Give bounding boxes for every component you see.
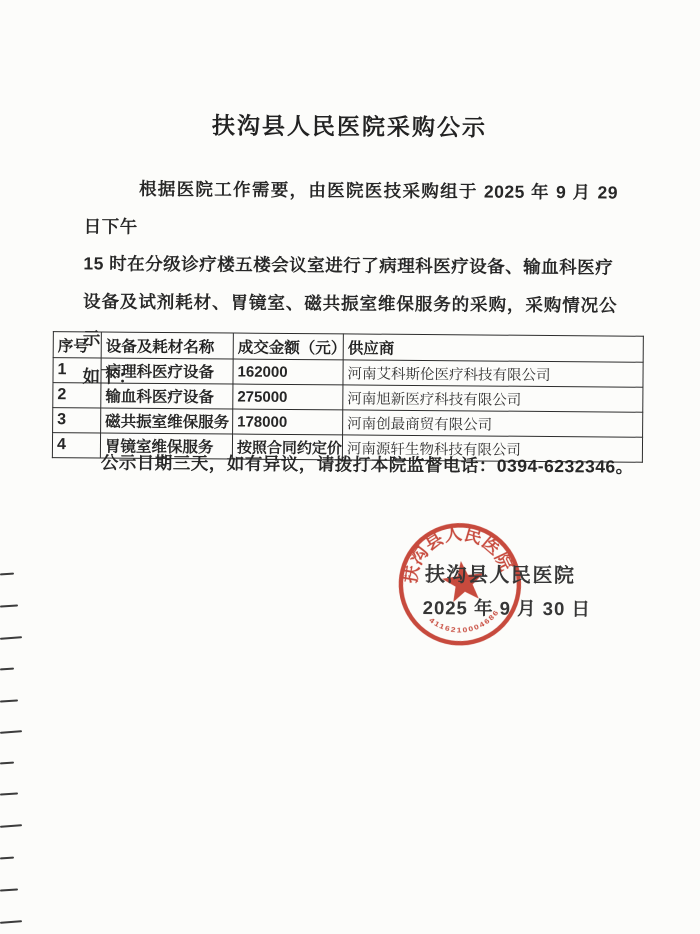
header-item-name: 设备及耗材名称 xyxy=(101,332,233,359)
page-title: 扶沟县人民医院采购公示 xyxy=(0,106,700,144)
cell-serial: 4 xyxy=(52,433,100,458)
cell-item: 病理科医疗设备 xyxy=(101,358,233,384)
cell-supplier: 河南旭新医疗科技有限公司 xyxy=(343,385,643,412)
cell-item: 磁共振室维保服务 xyxy=(101,408,233,434)
document-content: 扶沟县人民医院采购公示 根据医院工作需要，由医院医技采购组于 2025 年 9 … xyxy=(0,0,700,934)
cell-supplier: 河南创最商贸有限公司 xyxy=(343,410,643,437)
procurement-table: 序号 设备及耗材名称 成交金额（元） 供应商 1 病理科医疗设备 162000 … xyxy=(52,331,644,463)
cell-supplier: 河南艾科斯伦医疗科技有限公司 xyxy=(343,360,643,387)
header-supplier: 供应商 xyxy=(343,334,643,362)
cell-amount: 275000 xyxy=(233,384,343,410)
cell-serial: 3 xyxy=(53,408,101,433)
cell-serial: 1 xyxy=(53,358,101,383)
cell-amount: 162000 xyxy=(233,359,343,385)
scanned-document-page: 扶沟县人民医院采购公示 根据医院工作需要，由医院医技采购组于 2025 年 9 … xyxy=(0,0,700,934)
signature-date: 2025 年 9 月 30 日 xyxy=(423,594,591,621)
notice-text: 公示日期三天，如有异议，请拨打本院监督电话：0394-6232346。 xyxy=(101,449,634,478)
signature-hospital: 扶沟县人民医院 xyxy=(425,558,576,588)
cell-amount: 178000 xyxy=(233,409,343,435)
header-deal-amount: 成交金额（元） xyxy=(233,333,343,360)
body-line: 15 时在分级诊疗楼五楼会议室进行了病理科医疗设备、输血科医疗 xyxy=(83,245,617,287)
cell-serial: 2 xyxy=(53,383,101,408)
body-line: 根据医院工作需要，由医院医技采购组于 2025 年 9 月 29 日下午 xyxy=(84,170,619,249)
header-serial-number: 序号 xyxy=(53,332,101,358)
cell-item: 输血科医疗设备 xyxy=(101,383,233,409)
